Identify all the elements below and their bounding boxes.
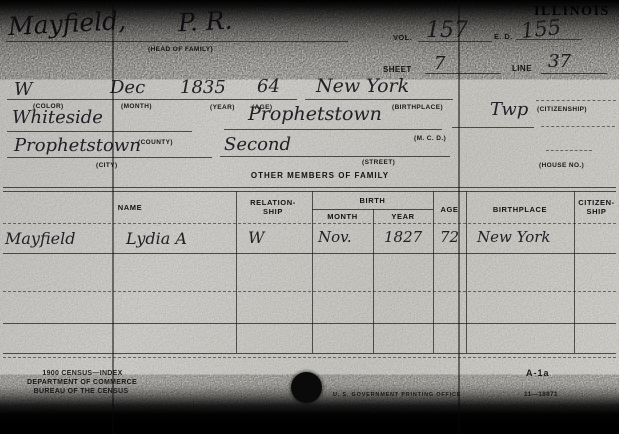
house-no-rule xyxy=(546,150,592,151)
row-given-name: Lydia A xyxy=(126,231,187,247)
color-value: W xyxy=(14,81,33,99)
city-rule xyxy=(7,157,212,158)
citizenship-rule xyxy=(536,100,616,101)
county-label: (COUNTY) xyxy=(138,139,173,146)
col-header-name: NAME xyxy=(95,203,165,212)
col-header-citizenship: CITIZEN-SHIP xyxy=(575,198,618,217)
hole-punch xyxy=(291,372,322,403)
fold-crease-right xyxy=(458,0,460,434)
row-relationship: W xyxy=(248,230,264,246)
street-label: (STREET) xyxy=(362,159,395,166)
citizenship-label: (CITIZENSHIP) xyxy=(537,106,587,113)
col-rule-age-birthplace xyxy=(466,191,467,353)
row-age: 72 xyxy=(440,230,459,245)
row3-rule xyxy=(3,323,616,324)
birthplace-rule xyxy=(305,99,453,100)
footer-agency-line-1: 1900 CENSUS—INDEX xyxy=(20,369,145,378)
col-rule-month-year xyxy=(373,209,374,353)
line-label: LINE xyxy=(512,64,532,73)
col-header-relationship: RELATION-SHIP xyxy=(242,198,304,217)
head-row-rule xyxy=(7,99,297,100)
year-label: (YEAR) xyxy=(210,104,235,111)
head-of-family-label: (HEAD OF FAMILY) xyxy=(148,46,213,53)
sheet-label: SHEET xyxy=(383,65,412,74)
footer-agency-line-3: BUREAU OF THE CENSUS xyxy=(16,387,146,396)
vol-label: VOL. xyxy=(393,33,412,42)
street-value: Second xyxy=(224,136,291,154)
mcd-value: Prophetstown xyxy=(248,105,382,124)
house-no-label: (HOUSE NO.) xyxy=(539,162,584,169)
head-name-initials: P. R. xyxy=(177,8,233,36)
mcd-type-value: Twp xyxy=(490,101,528,119)
header-separator-rule xyxy=(3,223,616,224)
print-code: 11—18871 xyxy=(524,391,558,399)
birth-year-value: 1835 xyxy=(180,79,226,97)
table-bottom-rule-inner xyxy=(3,353,616,354)
col-header-age: AGE xyxy=(433,205,466,214)
census-index-card: ILLINOIS Mayfield, P. R. (HEAD OF FAMILY… xyxy=(0,0,619,434)
row2-rule xyxy=(3,291,616,292)
table-top-rule-inner xyxy=(3,191,616,192)
col-header-birthplace: BIRTHPLACE xyxy=(466,205,574,214)
mcd-label: (M. C. D.) xyxy=(414,135,446,142)
age-value: 64 xyxy=(257,78,280,96)
row-birth-month: Nov. xyxy=(318,230,352,245)
county-value: Whiteside xyxy=(12,109,103,127)
col-header-birth: BIRTH xyxy=(312,196,433,205)
table-top-rule-outer xyxy=(3,187,616,188)
family-table-title: OTHER MEMBERS OF FAMILY xyxy=(240,171,400,181)
city-value: Prophetstown xyxy=(14,137,141,155)
printer-imprint: U. S. GOVERNMENT PRINTING OFFICE xyxy=(333,392,461,399)
form-code: A-1a xyxy=(526,368,550,380)
vol-value: 157 xyxy=(426,20,468,42)
street-rule xyxy=(220,156,450,157)
head-name-surname: Mayfield, xyxy=(7,8,126,39)
mcd-rule xyxy=(224,129,442,130)
sheet-value: 7 xyxy=(434,55,445,73)
row-surname: Mayfield xyxy=(5,231,75,247)
row-birthplace: New York xyxy=(477,230,551,245)
right-dash-rule xyxy=(541,126,615,127)
ed-label: E. D. xyxy=(494,32,513,41)
month-label: (MONTH) xyxy=(121,103,152,110)
birthplace-value: New York xyxy=(316,77,409,96)
line-value: 37 xyxy=(548,53,571,71)
col-rule-birth-age xyxy=(433,191,434,353)
col-rule-name xyxy=(236,191,237,353)
city-label: (CITY) xyxy=(96,162,118,169)
ed-value: 155 xyxy=(520,17,562,42)
row-birth-year: 1827 xyxy=(384,230,422,245)
name-rule xyxy=(6,41,348,42)
row1-rule xyxy=(3,253,616,254)
line-rule xyxy=(541,73,607,74)
col-header-year: YEAR xyxy=(373,212,433,221)
mcd-type-rule xyxy=(452,127,534,128)
col-header-month: MONTH xyxy=(312,212,373,221)
footer-agency-line-2: DEPARTMENT OF COMMERCE xyxy=(8,378,156,387)
county-rule xyxy=(7,131,192,132)
birthplace-label: (BIRTHPLACE) xyxy=(392,104,443,111)
birth-month-value: Dec xyxy=(110,79,145,97)
table-bottom-rule-outer xyxy=(3,357,616,358)
